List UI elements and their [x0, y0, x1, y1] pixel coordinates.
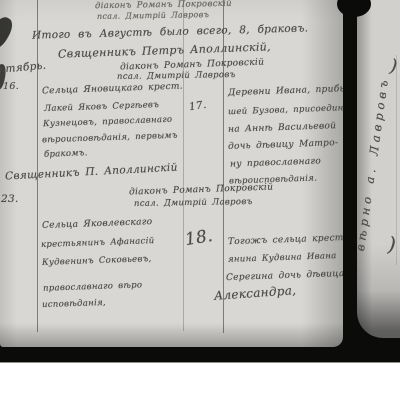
margin-day-16: 16. [3, 81, 19, 92]
record-18-groom-line: Сельца Яковлевскаго [42, 217, 153, 231]
prev-record-clergy-line: діаконъ Романъ Покровскій [95, 0, 232, 11]
record-17-bride-line: Деревни Ивана, прибыв- [228, 84, 343, 98]
left-page: діаконъ Романъ Покровскій псал. Дмитрій … [0, 0, 343, 347]
scanned-register-photo: діаконъ Романъ Покровскій псал. Дмитрій … [0, 0, 400, 362]
record-17-groom-line: Лакей Яковъ Сергѣевъ [44, 100, 160, 114]
record-17-bride-line: дочь дѣвицу Матро- [228, 138, 339, 152]
record-18-bride-line: Серегина дочь дѣвица [226, 269, 343, 283]
record-18-groom-line: Кудвенинъ Соковьевъ, [42, 254, 152, 268]
record-17-bride-line: ну православнаго [230, 156, 321, 169]
record-17-groom-line: Кузнецовъ, православнаго [43, 115, 173, 130]
record-18-bride-line: янина Кудвина Ивана [228, 251, 337, 265]
record-17-signature-priest: Священникъ П. Аполлинскій [5, 161, 178, 182]
margin-day-23: 23. [1, 193, 19, 205]
record-18-bride-name: Александра, [214, 283, 297, 303]
record-18-bride-line: Тогожъ сельца кресть- [228, 233, 343, 247]
record-18-groom-line: крестьянинъ Афанасій [41, 236, 155, 250]
record-17-bride-line: шей Бузова, присоединен- [228, 103, 343, 118]
margin-month: Октябрь. [0, 60, 47, 77]
pen-flourish-icon: ) [387, 232, 397, 257]
record-18-groom-line: исповѣданія, [42, 298, 106, 310]
record-18-groom-line: православнаго вѣро [43, 280, 143, 293]
august-total-line: Итого въ Августѣ было всего, 8, браковъ. [32, 22, 309, 41]
right-page: вѣрно а. Лавровъ ) ) [357, 0, 400, 338]
record-18-number: 18. [184, 226, 215, 250]
record-17-signature-psalmist: псал. Дмитрій Лавровъ [134, 197, 253, 209]
record-17-groom-line: вѣроисповѣданія, первымъ [42, 131, 178, 146]
record-17-bride-line: на Аннѣ Васильевой [228, 121, 337, 135]
clergy-signoff-psalmist: псал. Дмитрій Лавровъ [117, 70, 236, 82]
record-17-groom-line: бракомъ. [44, 148, 88, 160]
record-17-number: 17. [188, 99, 207, 113]
white-margin [0, 362, 400, 400]
prev-record-clergy-line: псал. Дмитрій Лавровъ [97, 10, 209, 21]
column-rule-date [37, 0, 38, 332]
record-17-groom-line: Сельца Яновицкаго крест. [42, 82, 183, 97]
edge-smudge [0, 14, 16, 52]
record-17-bride-line: вѣроисповѣданія. [229, 173, 317, 186]
pen-flourish-icon: ) [389, 56, 399, 78]
vertical-marginalia-note: вѣрно а. Лавровъ [357, 75, 391, 252]
